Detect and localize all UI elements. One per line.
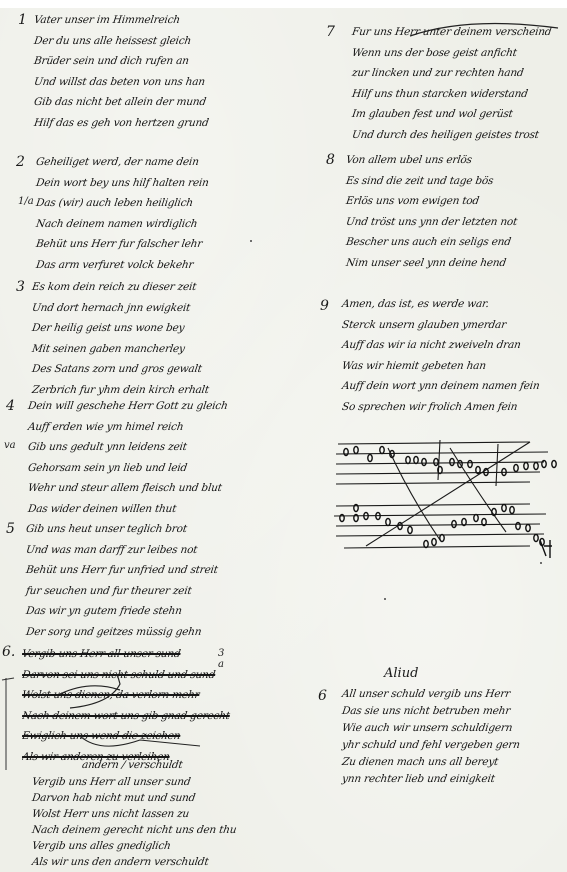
verse-line: Behüt uns Herr fur unfried und streit: [25, 560, 288, 581]
verse-line: Hilf das es geh von hertzen grund: [33, 113, 296, 134]
verse-line: Gib uns gedult ynn leidens zeit: [27, 437, 290, 458]
verse-line: Wehr und steur allem fleisch und blut: [27, 478, 290, 499]
verse-line: Mit seinen gaben mancherley: [31, 339, 294, 360]
verse-line: Und dort hernach jnn ewigkeit: [31, 298, 294, 319]
verse-line: Wenn uns der bose geist anficht: [351, 43, 567, 64]
verse-line: Zu dienen mach uns all bereyt: [341, 754, 567, 771]
verse-line: Von allem ubel uns erlös: [345, 150, 563, 171]
verse-line: Gib das nicht bet allein der mund: [33, 92, 296, 113]
stanza-number: 5: [6, 521, 15, 537]
stanza-number: 4: [6, 398, 15, 414]
verse-line: Auff erden wie ym himel reich: [27, 417, 290, 438]
verse-line: Das wir yn gutem friede stehn: [25, 601, 288, 622]
verse-line: Nach deinem gerecht nicht uns den thu: [31, 822, 283, 838]
margin-note: 1/a: [18, 196, 34, 207]
verse-line: Und was man darff zur leibes not: [25, 540, 288, 561]
verse-line: Als wir uns den andern verschuldt: [31, 854, 283, 870]
verse-line: Darvon hab nicht mut und sund: [31, 790, 283, 806]
stanza-number: 1: [18, 12, 27, 28]
verse-line: Hilf uns thun starcken widerstand: [351, 84, 567, 105]
stanza-number: 2: [16, 154, 25, 170]
verse-line: Das arm verfuret volck bekehr: [35, 255, 298, 276]
verse-line: Des Satans zorn und gros gewalt: [31, 359, 294, 380]
verse-line: All unser schuld vergib uns Herr: [341, 686, 567, 703]
verse-line: Nim unser seel ynn deine hend: [345, 253, 563, 274]
verse-line: yhr schuld und fehl vergeben gern: [341, 737, 567, 754]
verse-line: Bescher uns auch ein seligs end: [345, 232, 563, 253]
verse-line: ynn rechter lieb und einigkeit: [341, 771, 567, 788]
verse-line: zur lincken und zur rechten hand: [351, 63, 567, 84]
music-notation-sketch: [330, 436, 560, 566]
verse-line: Brüder sein und dich rufen an: [33, 51, 296, 72]
aliud-heading: Aliud: [384, 666, 418, 681]
verse-line: Auff dein wort ynn deinem namen fein: [341, 376, 567, 397]
verse-line: fur seuchen und fur theurer zeit: [25, 581, 288, 602]
paper-speck: [540, 562, 542, 564]
verse-line: Dein will geschehe Herr Gott zu gleich: [27, 396, 290, 417]
stanza-number: 9: [320, 298, 329, 314]
paper-speck: [250, 240, 252, 242]
verse-line: Und durch des heiligen geistes trost: [351, 125, 567, 146]
verse-line: Und tröst uns ynn der letzten not: [345, 212, 563, 233]
stanza-number: 8: [326, 152, 335, 168]
verse-line: Sterck unsern glauben ymerdar: [341, 315, 567, 336]
margin-note: va: [4, 440, 16, 451]
verse-line: Wolst Herr uns nicht lassen zu: [31, 806, 283, 822]
verse-line: So sprechen wir frolich Amen fein: [341, 397, 567, 418]
verse-line: Auff das wir ia nicht zweiveln dran: [341, 335, 567, 356]
verse-line: Geheiliget werd, der name dein: [35, 152, 298, 173]
verse-line: Amen, das ist, es werde war.: [341, 294, 567, 315]
struck-verse-line: Vergib uns Herr all unser sund: [22, 644, 232, 665]
verse-line: Vergib uns alles gnediglich: [31, 838, 283, 854]
verse-line: Wie auch wir unsern schuldigern: [341, 720, 567, 737]
page-top-margin: [0, 0, 567, 8]
verse-line: Was wir hiemit gebeten han: [341, 356, 567, 377]
verse-line: Der du uns alle heissest gleich: [33, 31, 296, 52]
paper-speck: [384, 598, 386, 600]
verse-line: Das sie uns nicht betruben mehr: [341, 703, 567, 720]
verse-line: Das (wir) auch leben heiliglich: [35, 193, 298, 214]
verse-line: Das wider deinen willen thut: [27, 499, 290, 520]
stanza-number: 3: [16, 279, 25, 295]
stanza-number: 6.: [2, 644, 15, 660]
verse-line: Gib uns heut unser teglich brot: [25, 519, 288, 540]
verse-line: Der sorg und geitzes müssig gehn: [25, 622, 288, 643]
stanza-number: 7: [326, 24, 335, 40]
verse-line: Erlös uns vom ewigen tod: [345, 191, 563, 212]
manuscript-page: 1 Vater unser im Himmelreich Der du uns …: [0, 0, 567, 872]
verse-line: Behüt uns Herr fur falscher lehr: [35, 234, 298, 255]
verse-line: Dein wort bey uns hilf halten rein: [35, 173, 298, 194]
verse-line: Der heilig geist uns wone bey: [31, 318, 294, 339]
verse-line: Gehorsam sein yn lieb und leid: [27, 458, 290, 479]
verse-line: Vater unser im Himmelreich: [33, 10, 296, 31]
verse-line: Und willst das beten von uns han: [33, 72, 296, 93]
verse-line: Es sind die zeit und tage bös: [345, 171, 563, 192]
verse-line: andern / verschuldt: [31, 757, 283, 774]
verse-line: Vergib uns Herr all unser sund: [31, 774, 283, 790]
verse-line: Es kom dein reich zu dieser zeit: [31, 277, 294, 298]
verse-line: Im glauben fest und wol gerüst: [351, 104, 567, 125]
verse-line: Nach deinem namen wirdiglich: [35, 214, 298, 235]
correction-loop: [408, 20, 567, 40]
stanza-number: 6: [318, 688, 327, 704]
